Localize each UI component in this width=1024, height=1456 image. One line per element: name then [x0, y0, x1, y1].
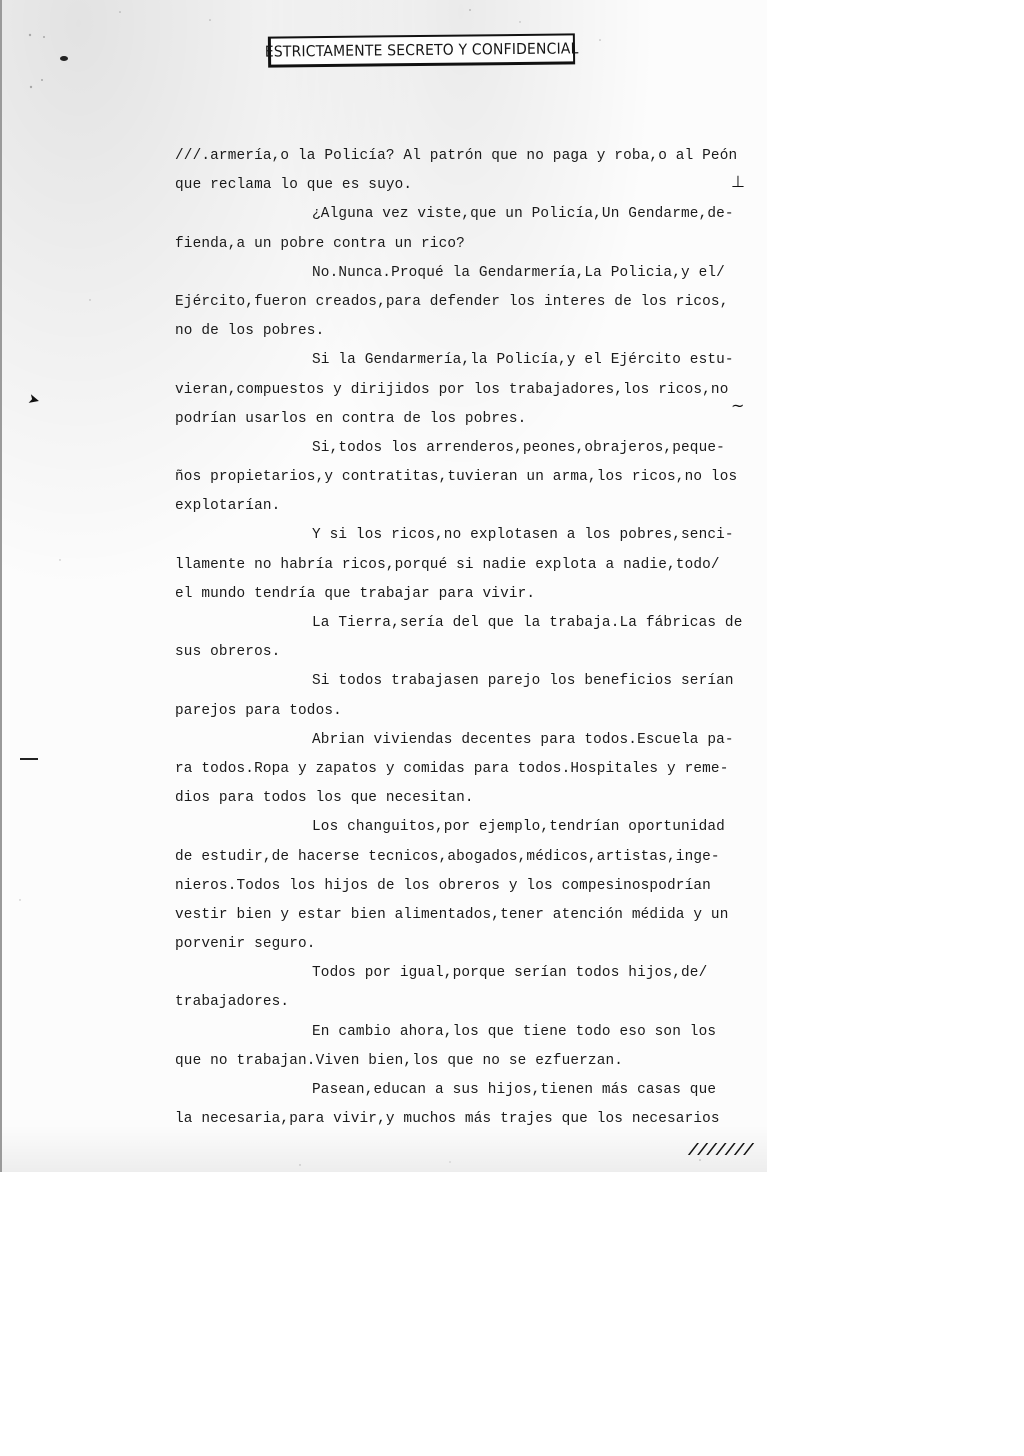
- text-line: Si todos trabajasen parejo los beneficio…: [175, 667, 755, 696]
- text-line: ños propietarios,y contratitas,tuvieran …: [175, 463, 755, 492]
- text-line: Todos por igual,porque serían todos hijo…: [175, 959, 755, 988]
- continuation-marks: ///////: [688, 1142, 752, 1161]
- text-line: Si la Gendarmería,la Policía,y el Ejérci…: [175, 346, 755, 375]
- text-line: Abrian viviendas decentes para todos.Esc…: [175, 726, 755, 755]
- typewritten-body: ///.armería,o la Policía? Al patrón que …: [175, 142, 755, 1134]
- text-line: no de los pobres.: [175, 317, 755, 346]
- text-line: dios para todos los que necesitan.: [175, 784, 755, 813]
- text-line: el mundo tendría que trabajar para vivir…: [175, 580, 755, 609]
- text-line: la necesaria,para vivir,y muchos más tra…: [175, 1105, 755, 1134]
- text-line: La Tierra,sería del que la trabaja.La fá…: [175, 609, 755, 638]
- text-line: que no trabajan.Viven bien,los que no se…: [175, 1047, 755, 1076]
- margin-dash-mark: [20, 758, 38, 760]
- text-line: Y si los ricos,no explotasen a los pobre…: [175, 521, 755, 550]
- text-line: parejos para todos.: [175, 697, 755, 726]
- stamp-text: ESTRICTAMENTE SECRETO Y CONFIDENCIAL: [265, 39, 579, 60]
- text-line: trabajadores.: [175, 988, 755, 1017]
- text-line: sus obreros.: [175, 638, 755, 667]
- text-line: que reclama lo que es suyo.: [175, 171, 755, 200]
- text-line: explotarían.: [175, 492, 755, 521]
- text-line: Los changuitos,por ejemplo,tendrían opor…: [175, 813, 755, 842]
- text-line: vestir bien y estar bien alimentados,ten…: [175, 901, 755, 930]
- text-line: Si,todos los arrenderos,peones,obrajeros…: [175, 434, 755, 463]
- classification-stamp: ESTRICTAMENTE SECRETO Y CONFIDENCIAL: [268, 33, 575, 67]
- text-line: porvenir seguro.: [175, 930, 755, 959]
- text-line: nieros.Todos los hijos de los obreros y …: [175, 872, 755, 901]
- text-line: No.Nunca.Proqué la Gendarmería,La Polici…: [175, 259, 755, 288]
- text-line: podrían usarlos en contra de los pobres.: [175, 405, 755, 434]
- text-line: Pasean,educan a sus hijos,tienen más cas…: [175, 1076, 755, 1105]
- text-line: ra todos.Ropa y zapatos y comidas para t…: [175, 755, 755, 784]
- text-line: ///.armería,o la Policía? Al patrón que …: [175, 142, 755, 171]
- text-line: de estudir,de hacerse tecnicos,abogados,…: [175, 843, 755, 872]
- text-line: ¿Alguna vez viste,que un Policía,Un Gend…: [175, 200, 755, 229]
- text-line: fienda,a un pobre contra un rico?: [175, 230, 755, 259]
- text-line: En cambio ahora,los que tiene todo eso s…: [175, 1018, 755, 1047]
- margin-tilde-mark: ~: [731, 396, 744, 415]
- margin-cross-mark: ⊥: [731, 172, 745, 191]
- text-line: vieran,compuestos y dirijidos por los tr…: [175, 376, 755, 405]
- text-line: Ejército,fueron creados,para defender lo…: [175, 288, 755, 317]
- margin-ink-blot: [60, 56, 68, 61]
- text-line: llamente no habría ricos,porqué si nadie…: [175, 551, 755, 580]
